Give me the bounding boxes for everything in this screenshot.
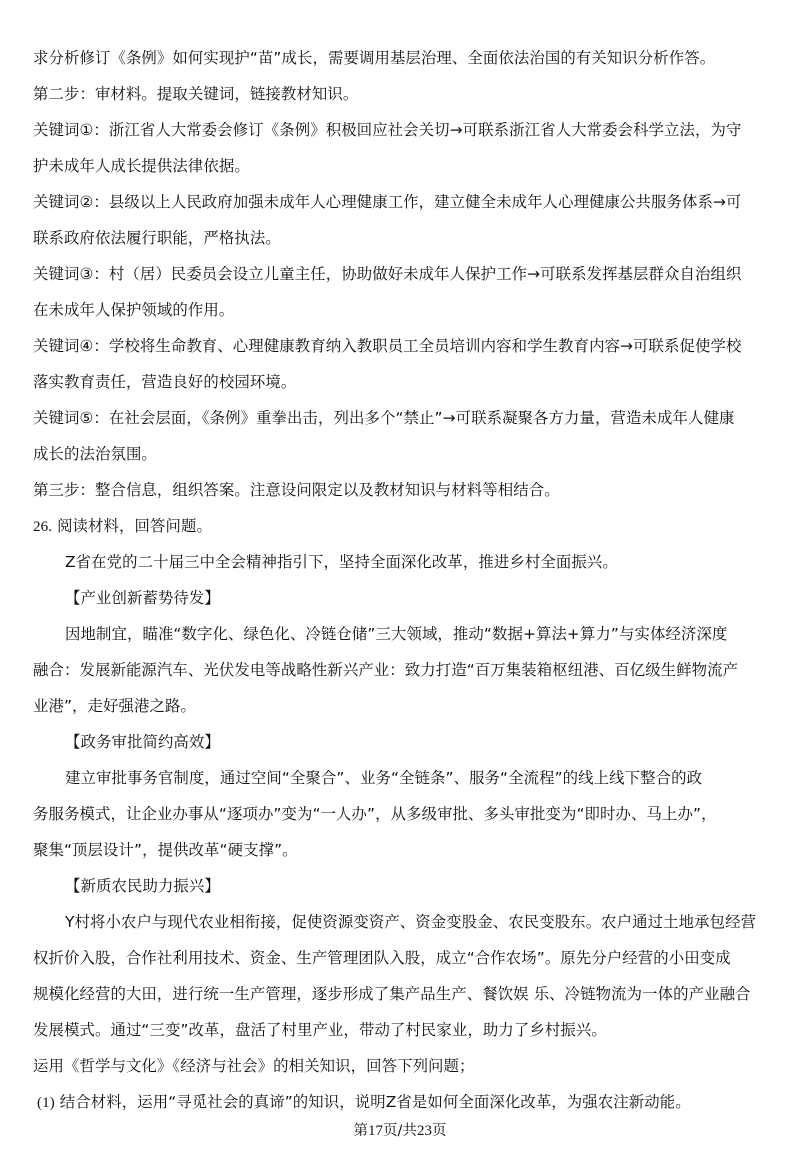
text-line: 建立审批事务官制度，通过空间“全聚合”、业务“全链条”、服务“全流程”的线上线下… xyxy=(33,760,778,796)
sub-question-1: (1) 结合材料，运用“寻觅社会的真谛”的知识，说明Z省是如何全面深化改革，为强… xyxy=(33,1084,778,1120)
text-line: 融合：发展新能源汽车、光伏发电等战略性新兴产业：致力打造“百万集装箱枢纽港、百亿… xyxy=(33,652,778,688)
question-26-header: 26. 阅读材料，回答问题。 xyxy=(33,508,778,544)
keyword-5-line: 关键词⑤：在社会层面，《条例》重拳出击，列出多个“禁止”→可联系凝聚各方力量，营… xyxy=(33,400,778,436)
footer-middle: 页/共 xyxy=(383,1123,417,1139)
text-line: 务服务模式，让企业办事从“逐项办”变为“一人办”，从多级审批、多头审批变为“即时… xyxy=(33,796,778,832)
footer-suffix: 页 xyxy=(432,1123,447,1139)
question-prompt: 阅读材料，回答问题。 xyxy=(57,517,212,535)
text-line: Y村将小农户与现代农业相衔接，促使资源变资产、资金变股金、农民变股东。农户通过土… xyxy=(33,904,778,940)
text-line: 护未成年人成长提供法律依据。 xyxy=(33,148,778,184)
text-line: 联系政府依法履行职能，严格执法。 xyxy=(33,220,778,256)
step-three-heading: 第三步：整合信息，组织答案。注意设问限定以及教材知识与材料等相结合。 xyxy=(33,472,778,508)
text-line: 在未成年人保护领域的作用。 xyxy=(33,292,778,328)
keyword-3-line: 关键词③：村（居）民委员会设立儿童主任，协助做好未成年人保护工作→可联系发挥基层… xyxy=(33,256,778,292)
sub-question-label: (1) xyxy=(37,1095,55,1111)
text-line: 权折价入股，合作社利用技术、资金、生产管理团队入股，成立“合作农场”。原先分户经… xyxy=(33,940,778,976)
sub-question-text: 结合材料，运用“寻觅社会的真谛”的知识，说明Z省是如何全面深化改革，为强农注新动… xyxy=(60,1093,691,1111)
text-line: 落实教育责任，营造良好的校园环境。 xyxy=(33,364,778,400)
question-intro: Z省在党的二十届三中全会精神指引下，坚持全面深化改革，推进乡村全面振兴。 xyxy=(33,544,778,580)
text-line: 业港”，走好强港之路。 xyxy=(33,688,778,724)
section-heading-government: 【政务审批简约高效】 xyxy=(33,724,778,760)
keyword-4-line: 关键词④：学校将生命教育、心理健康教育纳入教职员工全员培训内容和学生教育内容→可… xyxy=(33,328,778,364)
step-two-heading: 第二步：审材料。提取关键词，链接教材知识。 xyxy=(33,76,778,112)
current-page-number: 17 xyxy=(368,1123,383,1139)
text-line: 规模化经营的大田，进行统一生产管理，逐步形成了集产品生产、餐饮娱 乐、冷链物流为… xyxy=(33,976,778,1012)
document-page: 求分析修订《条例》如何实现护“苗”成长，需要调用基层治理、全面依法治国的有关知识… xyxy=(33,40,778,1120)
footer-prefix: 第 xyxy=(354,1123,369,1139)
page-footer: 第17页/共23页 xyxy=(0,1121,800,1141)
text-line: 发展模式。通过“三变”改革，盘活了村里产业，带动了村民家业，助力了乡村振兴。 xyxy=(33,1012,778,1048)
total-page-count: 23 xyxy=(417,1123,432,1139)
text-line: 求分析修订《条例》如何实现护“苗”成长，需要调用基层治理、全面依法治国的有关知识… xyxy=(33,40,778,76)
section-heading-farmers: 【新质农民助力振兴】 xyxy=(33,868,778,904)
text-line: 聚集“顶层设计”，提供改革“硬支撑”。 xyxy=(33,832,778,868)
question-number: 26. xyxy=(33,519,52,535)
section-heading-industry: 【产业创新蓄势待发】 xyxy=(33,580,778,616)
text-line: 成长的法治氛围。 xyxy=(33,436,778,472)
keyword-1-line: 关键词①：浙江省人大常委会修订《条例》积极回应社会关切→可联系浙江省人大常委会科… xyxy=(33,112,778,148)
text-line: 因地制宜，瞄准“数字化、绿色化、冷链仓储”三大领域，推动“数据+算法+算力”与实… xyxy=(33,616,778,652)
keyword-2-line: 关键词②：县级以上人民政府加强未成年人心理健康工作，建立健全未成年人心理健康公共… xyxy=(33,184,778,220)
question-instruction: 运用《哲学与文化》《经济与社会》的相关知识，回答下列问题； xyxy=(33,1048,778,1084)
